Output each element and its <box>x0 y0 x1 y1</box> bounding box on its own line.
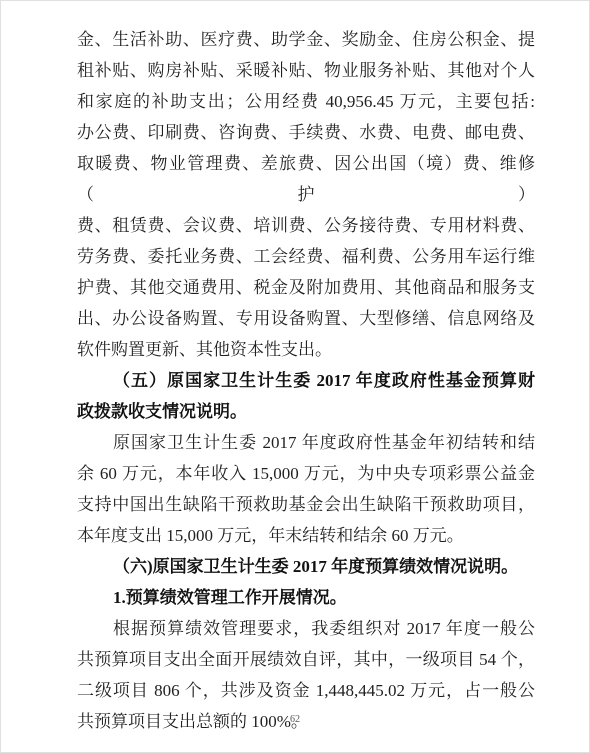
text-line: 费、租赁费、会议费、培训费、公务接待费、专用材料费、 <box>77 210 535 241</box>
text-line: 余 60 万元，本年收入 15,000 万元，为中央专项彩票公益金 <box>77 458 535 489</box>
text-line: 取暖费、物业管理费、差旅费、因公出国（境）费、维修（护） <box>77 148 535 210</box>
heading-performance-management: 1.预算绩效管理工作开展情况。 <box>77 582 535 613</box>
text-line: 本年度支出 15,000 万元，年末结转和结余 60 万元。 <box>77 520 535 551</box>
text-line: 劳务费、委托业务费、工会经费、福利费、公务用车运行维 <box>77 241 535 272</box>
text-line: 根据预算绩效管理要求，我委组织对 2017 年度一般公 <box>77 613 535 644</box>
text-line: 和家庭的补助支出；公用经费 40,956.45 万元，主要包括: <box>77 86 535 117</box>
heading-section-five: （五）原国家卫生计生委 2017 年度政府性基金预算财政拨款收支情况说明。 <box>77 365 535 427</box>
paragraph-subsidy-expense: 金、生活补助、医疗费、助学金、奖励金、住房公积金、提租补贴、购房补贴、采暖补贴、… <box>77 24 535 365</box>
text-line: 软件购置更新、其他资本性支出。 <box>77 334 535 365</box>
text-line: 二级项目 806 个，共涉及资金 1,448,445.02 万元，占一般公 <box>77 675 535 706</box>
text-line: 办公费、印刷费、咨询费、手续费、水费、电费、邮电费、 <box>77 117 535 148</box>
heading-section-six: （六)原国家卫生计生委 2017 年度预算绩效情况说明。 <box>77 551 535 582</box>
document-page: 金、生活补助、医疗费、助学金、奖励金、住房公积金、提租补贴、购房补贴、采暖补贴、… <box>0 0 590 753</box>
page-number: 62 <box>1 713 589 727</box>
text-line: 1.预算绩效管理工作开展情况。 <box>77 582 535 613</box>
paragraph-government-fund: 原国家卫生计生委 2017 年度政府性基金年初结转和结余 60 万元，本年收入 … <box>77 427 535 551</box>
text-line: 政拨款收支情况说明。 <box>77 396 535 427</box>
text-line: 金、生活补助、医疗费、助学金、奖励金、住房公积金、提 <box>77 24 535 55</box>
text-line: 支持中国出生缺陷干预救助基金会出生缺陷干预救助项目， <box>77 489 535 520</box>
document-content: 金、生活补助、医疗费、助学金、奖励金、住房公积金、提租补贴、购房补贴、采暖补贴、… <box>77 24 535 737</box>
text-line: （五）原国家卫生计生委 2017 年度政府性基金预算财 <box>77 365 535 396</box>
text-line: 租补贴、购房补贴、采暖补贴、物业服务补贴、其他对个人 <box>77 55 535 86</box>
text-line: 护费、其他交通费用、税金及附加费用、其他商品和服务支 <box>77 272 535 303</box>
text-line: 出、办公设备购置、专用设备购置、大型修缮、信息网络及 <box>77 303 535 334</box>
text-line: （六)原国家卫生计生委 2017 年度预算绩效情况说明。 <box>77 551 535 582</box>
text-line: 共预算项目支出全面开展绩效自评，其中，一级项目 54 个， <box>77 644 535 675</box>
text-line: 原国家卫生计生委 2017 年度政府性基金年初结转和结 <box>77 427 535 458</box>
